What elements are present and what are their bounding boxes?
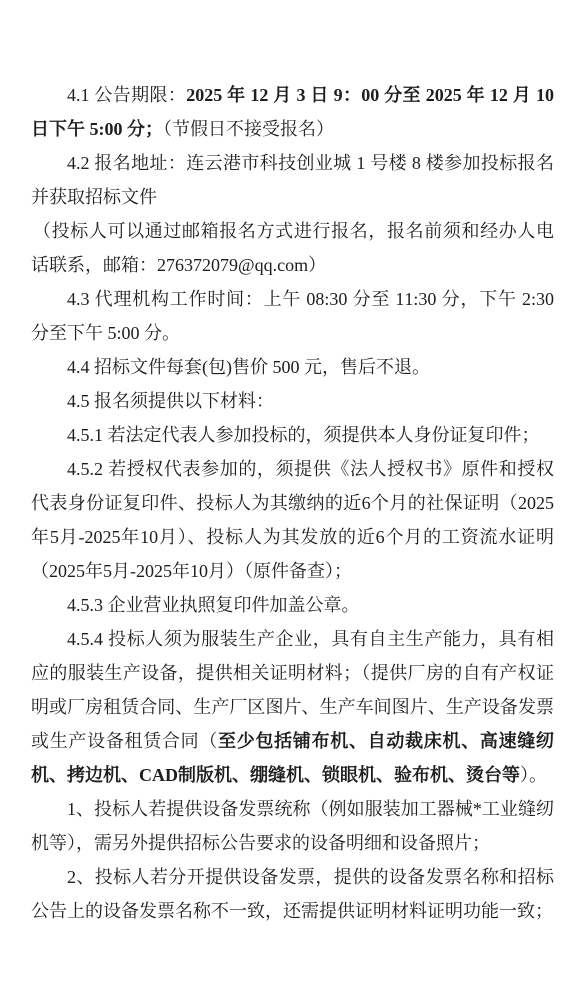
paragraph: 1、投标人若提供设备发票统称（例如服装加工器械*工业缝纫机等），需另外提供招标公… xyxy=(31,792,554,860)
paragraph: 2、投标人若分开提供设备发票，提供的设备发票名称和招标公告上的设备发票名称不一致… xyxy=(31,860,554,928)
text-run: ）。 xyxy=(520,765,547,785)
paragraph: 4.5.3 企业营业执照复印件加盖公章。 xyxy=(31,588,554,622)
text-run: 4.2 报名地址：连云港市科技创业城 1 号楼 8 楼参加投标报名并获取招标文件 xyxy=(31,153,554,207)
paragraph: 4.4 招标文件每套(包)售价 500 元，售后不退。 xyxy=(31,350,554,384)
text-run: 2、投标人若分开提供设备发票，提供的设备发票名称和招标公告上的设备发票名称不一致… xyxy=(31,867,554,921)
paragraph: （投标人可以通过邮箱报名方式进行报名，报名前须和经办人电话联系，邮箱：27637… xyxy=(31,214,554,282)
text-run: 4.1 公告期限： xyxy=(67,85,186,105)
paragraph: 4.5.2 若授权代表参加的，须提供《法人授权书》原件和授权代表身份证复印件、投… xyxy=(31,452,554,588)
paragraph: 4.5 报名须提供以下材料： xyxy=(31,384,554,418)
text-run: 4.5.3 企业营业执照复印件加盖公章。 xyxy=(67,595,360,615)
text-run: 4.5 报名须提供以下材料： xyxy=(67,391,274,411)
text-run: （节假日不接受报名） xyxy=(163,119,334,139)
paragraph: 4.2 报名地址：连云港市科技创业城 1 号楼 8 楼参加投标报名并获取招标文件 xyxy=(31,146,554,214)
text-run: 4.5.1 若法定代表人参加投标的，须提供本人身份证复印件； xyxy=(67,425,540,445)
text-run: 4.4 招标文件每套(包)售价 500 元，售后不退。 xyxy=(67,357,430,377)
paragraph: 4.1 公告期限：2025 年 12 月 3 日 9：00 分至 2025 年 … xyxy=(31,78,554,146)
document-body: 4.1 公告期限：2025 年 12 月 3 日 9：00 分至 2025 年 … xyxy=(31,78,554,928)
text-run: 1、投标人若提供设备发票统称（例如服装加工器械*工业缝纫机等），需另外提供招标公… xyxy=(31,799,554,853)
text-run: 4.5.2 若授权代表参加的，须提供《法人授权书》原件和授权代表身份证复印件、投… xyxy=(31,459,554,581)
text-run: 4.3 代理机构工作时间：上午 08:30 分至 11:30 分，下午 2:30… xyxy=(31,289,554,343)
paragraph: 4.5.4 投标人须为服装生产企业，具有自主生产能力，具有相应的服装生产设备，提… xyxy=(31,622,554,792)
paragraph: 4.3 代理机构工作时间：上午 08:30 分至 11:30 分，下午 2:30… xyxy=(31,282,554,350)
paragraph: 4.5.1 若法定代表人参加投标的，须提供本人身份证复印件； xyxy=(31,418,554,452)
text-run: （投标人可以通过邮箱报名方式进行报名，报名前须和经办人电话联系，邮箱：27637… xyxy=(31,221,554,275)
document-page: 4.1 公告期限：2025 年 12 月 3 日 9：00 分至 2025 年 … xyxy=(0,0,585,984)
